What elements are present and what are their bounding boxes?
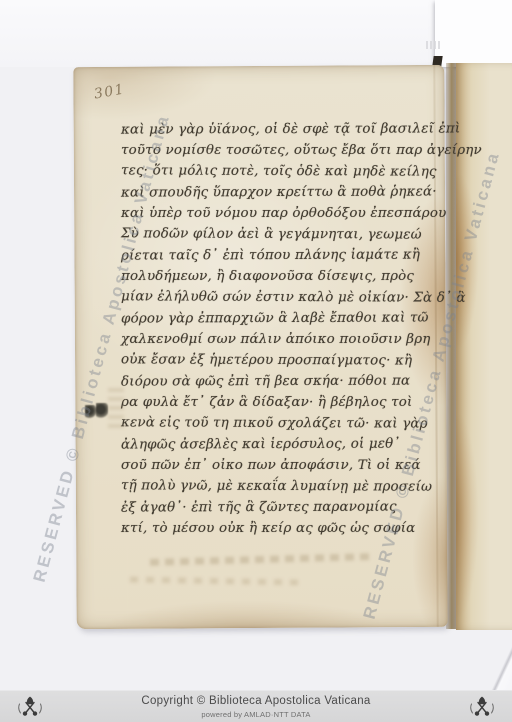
manuscript-line: καὶ μὲν γὰρ ὑϊάνος, οἱ δὲ σφὲ τᾷ τοῖ βασ…: [121, 118, 451, 140]
vatican-keys-emblem-icon: [469, 695, 495, 719]
manuscript-line: καὶ σπουδῆς ὕπαρχον κρείττω ἃ ποθὰ ῥηκεά…: [121, 181, 451, 203]
manuscript-line: φόρον γὰρ ἐππαρχιῶν ἃ λαβὲ ἔπαθοι καὶ τῶ: [121, 307, 451, 329]
digitized-manuscript-viewer: { "window": { "width": 512, "height": 72…: [0, 0, 512, 722]
manuscript-line: διόρου σὰ φῶς ἐπὶ τῆ βεα σκήα· πόθοι πα: [121, 370, 451, 392]
vatican-keys-emblem-icon: [17, 695, 43, 719]
powered-by-text: powered by AMLAD·NTT DATA: [0, 710, 512, 719]
backing-card: [435, 0, 512, 67]
manuscript-line: τες· ὅτι μόλις ποτὲ, τοῖς ὁδὲ καὶ μηδὲ κ…: [121, 160, 451, 182]
manuscript-line: καὶ ὑπὲρ τοῦ νόμου παρ ὀρθοδόξου ἐπεσπάρ…: [121, 203, 451, 224]
manuscript-line: μίαν ἐλήλυθῶ σών ἐστιν καλὸ μὲ οἰκίαν· Σ…: [121, 286, 451, 308]
viewer-footer-bar: Copyright © Biblioteca Apostolica Vatica…: [0, 690, 512, 722]
manuscript-line: πολυδήμεων, ἢ διαφονοῦσα δίσεψις, πρὸς: [121, 266, 451, 287]
manuscript-line: ἐξ ἀγαθ᾽· ἐπὶ τῆς ἃ ζῶντες παρανομίας: [121, 496, 451, 518]
manuscript-line: οὐκ ἔσαν ἐξ ἡμετέρου προσπαίγματος· κἢ: [121, 349, 451, 371]
library-stamp-blot: [85, 403, 109, 425]
manuscript-line: τῇ πολὺ γνῶ, μὲ κεκαΐα λυμαίνῃ μὲ προσεί…: [121, 475, 451, 497]
manuscript-line: τοῦτο νομίσθε τοσῶτες, οὕτως ἔβα ὅτι παρ…: [121, 140, 451, 161]
manuscript-line: κτί, τὸ μέσου οὐκ ἢ κείρ ας φῶς ὡς σοφία: [121, 518, 451, 539]
manuscript-text-block: καὶ μὲν γὰρ ὑϊάνος, οἱ δὲ σφὲ τᾷ τοῖ βασ…: [121, 119, 451, 539]
manuscript-line: κενὰ εἰς τοῦ τη πικοῦ σχολάζει τῶ· καὶ γ…: [121, 412, 451, 434]
copyright-text: Copyright © Biblioteca Apostolica Vatica…: [0, 695, 512, 707]
manuscript-line: ρίεται ταῖς δ᾽ ἐπὶ τόπου πλάνης ἰαμάτε κ…: [121, 244, 451, 266]
manuscript-line: Σὺ ποδῶν φίλον ἀεὶ ἃ γεγάμνηται, γεωμεώ: [121, 223, 451, 245]
registration-marks: [426, 41, 440, 49]
manuscript-line: χαλκενοθμί σων πάλιν ἀπόικο ποιοῦσιν βρη: [121, 329, 451, 350]
manuscript-line: ἀληφῶς ἀσεβλὲς καὶ ἱερόσυλος, οἱ μεθ᾽: [121, 433, 451, 455]
manuscript-line: ρα φυλὰ ἔτ᾽ ζἀν ἃ δίδαξαν· ἢ βέβηλος τοὶ: [121, 392, 451, 413]
manuscript-line: σοῦ πῶν ἐπ᾽ οἰκο πων ἀποφάσιν, Τὶ οἱ κεά: [121, 455, 451, 476]
